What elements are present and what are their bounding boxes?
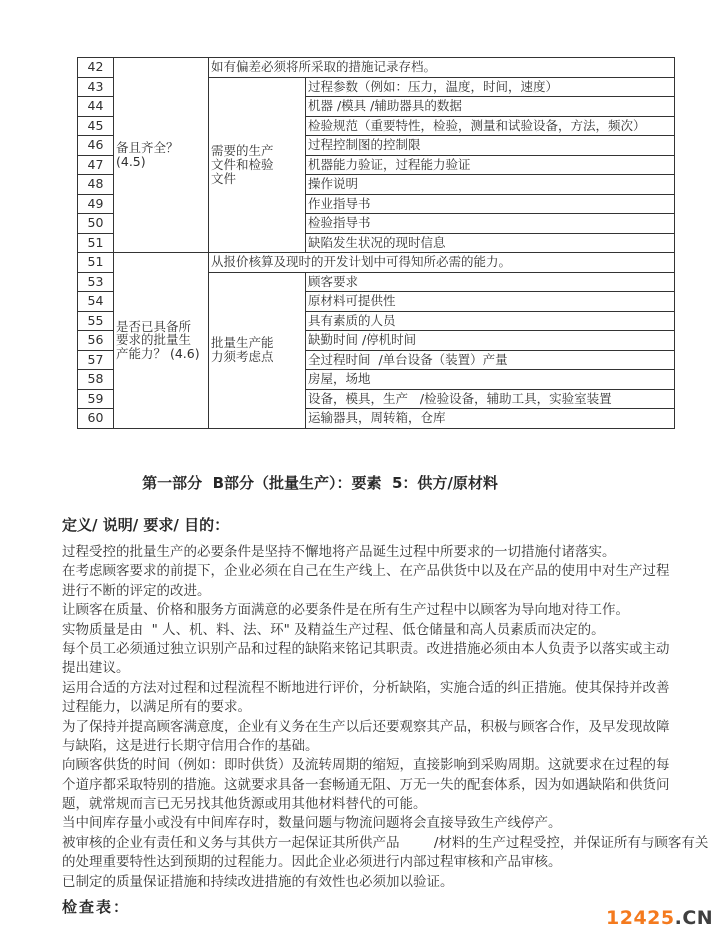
body-line: 过程受控的批量生产的必要条件是坚持不懈地将产品诞生过程中所要求的一切措施付诸落实… [62,543,712,562]
question-cell: 备且齐全？ (4.5) [114,58,209,253]
item-cell: 缺陷发生状况的现时信息 [306,233,675,253]
table-row: 51 是否已具备所 要求的批量生 产能力？ (4.6) 从报价核算及现时的开发计… [78,253,675,273]
item-cell: 检验指导书 [306,214,675,234]
body-line: 让顾客在质量、价格和服务方面满意的必要条件是在所有生产过程中以顾客为导向地对待工… [62,601,712,620]
body-line: 已制定的质量保证措施和持续改进措施的有效性也必须加以验证。 [62,873,712,892]
item-cell: 机器能力验证，过程能力验证 [306,155,675,175]
item-cell: 检验规范（重要特性，检验，测量和试验设备，方法，频次） [306,116,675,136]
item-cell: 机器 /模具 /辅助器具的数据 [306,97,675,117]
body-line: 与缺陷，这是进行长期守信用合作的基础。 [62,737,712,756]
table-row: 42 备且齐全？ (4.5) 如有偏差必须将所采取的措施记录存档。 [78,58,675,78]
body-line: 过程能力，以满足所有的要求。 [62,698,712,717]
note-cell: 从报价核算及现时的开发计划中可得知所必需的能力。 [209,253,675,273]
section-title: 第一部分 B部分（批量生产）：要素 5：供方/原材料 [0,472,640,493]
item-cell: 顾客要求 [306,272,675,292]
body-line: 每个员工必须通过独立识别产品和过程的缺陷来铭记其职责。改进措施必须由本人负责予以… [62,640,712,659]
category-cell: 批量生产能 力须考虑点 [209,272,306,428]
row-number-cell: 51 [78,253,114,273]
row-number-cell: 51 [78,233,114,253]
row-number-cell: 56 [78,331,114,351]
definitions-heading: 定义/ 说明/ 要求/ 目的： [62,514,229,535]
category-cell: 需要的生产 文件和检验 文件 [209,77,306,253]
row-number-cell: 59 [78,389,114,409]
item-cell: 全过程时间 /单台设备（装置）产量 [306,350,675,370]
note-cell: 如有偏差必须将所采取的措施记录存档。 [209,58,675,78]
row-number-cell: 45 [78,116,114,136]
row-number-cell: 47 [78,155,114,175]
row-number-cell: 60 [78,409,114,429]
row-number-cell: 44 [78,97,114,117]
item-cell: 原材料可提供性 [306,292,675,312]
watermark: 12425.CN [606,907,713,929]
watermark-number: 12425 [606,907,675,929]
item-cell: 过程参数（例如：压力，温度，时间，速度） [306,77,675,97]
item-cell: 作业指导书 [306,194,675,214]
body-line: 在考虑顾客要求的前提下，企业必须在自己在生产线上、在产品供货中以及在产品的使用中… [62,562,712,581]
item-cell: 运输器具，周转箱，仓库 [306,409,675,429]
row-number-cell: 43 [78,77,114,97]
body-line: 提出建议。 [62,659,712,678]
body-line: 当中间库存量小或没有中间库存时，数量问题与物流问题将会直接导致生产线停产。 [62,814,712,833]
body-line: 运用合适的方法对过程和过程流程不断地进行评价，分析缺陷，实施合适的纠正措施。使其… [62,679,712,698]
body-line: 的处理重要特性达到预期的过程能力。因此企业必须进行内部过程审核和产品审核。 [62,853,712,872]
item-cell: 操作说明 [306,175,675,195]
row-number-cell: 58 [78,370,114,390]
item-cell: 房屋，场地 [306,370,675,390]
body-line: 进行不断的评定的改进。 [62,582,712,601]
checklist-heading: 检查表： [62,896,130,917]
audit-checklist-table: 42 备且齐全？ (4.5) 如有偏差必须将所采取的措施记录存档。 43 需要的… [77,57,675,429]
item-cell: 缺勤时间 /停机时间 [306,331,675,351]
row-number-cell: 53 [78,272,114,292]
body-line: 题，就常规而言已无另找其他货源或用其他材料替代的可能。 [62,795,712,814]
body-line: 为了保持并提高顾客满意度，企业有义务在生产以后还要观察其产品，积极与顾客合作，及… [62,718,712,737]
row-number-cell: 55 [78,311,114,331]
row-number-cell: 50 [78,214,114,234]
row-number-cell: 46 [78,136,114,156]
row-number-cell: 42 [78,58,114,78]
body-line: 个道序都采取特别的措施。这就要求具备一套畅通无阻、万无一失的配套体系，因为如遇缺… [62,776,712,795]
row-number-cell: 57 [78,350,114,370]
item-cell: 设备，模具，生产 /检验设备，辅助工具，实验室装置 [306,389,675,409]
question-cell: 是否已具备所 要求的批量生 产能力？ (4.6) [114,253,209,429]
body-line: 被审核的企业有责任和义务与其供方一起保证其所供产品 /材料的生产过程受控，并保证… [62,834,712,853]
row-number-cell: 49 [78,194,114,214]
row-number-cell: 54 [78,292,114,312]
item-cell: 过程控制图的控制限 [306,136,675,156]
row-number-cell: 48 [78,175,114,195]
body-line: 向顾客供货的时间（例如：即时供货）及流转周期的缩短，直接影响到采购周期。这就要求… [62,756,712,775]
scanned-document-page: 42 备且齐全？ (4.5) 如有偏差必须将所采取的措施记录存档。 43 需要的… [0,0,720,939]
watermark-suffix: .CN [675,907,714,929]
body-line: 实物质量是由 " 人、机、料、法、环" 及精益生产过程、低仓储量和高人员素质而决… [62,621,712,640]
definitions-body: 过程受控的批量生产的必要条件是坚持不懈地将产品诞生过程中所要求的一切措施付诸落实… [62,543,712,892]
item-cell: 具有素质的人员 [306,311,675,331]
